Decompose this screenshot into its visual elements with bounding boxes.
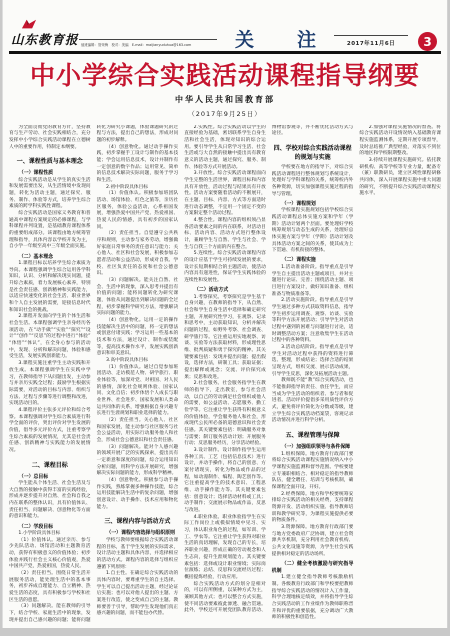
logo-bird-icon	[21, 19, 37, 30]
article-paragraph: 学校课程实施规划包括学校综合实践活动课程总体实施方案和学年（学期）活动计划两个层…	[272, 208, 354, 255]
article-paragraph: 3.课程实施注重学生主动实践和开放生成。本课程强调学生在实践中学习，在教师指导下…	[9, 361, 91, 408]
article-paragraph: （4）创意物化。运用一定的操作技能解决生活中的问题，将一定的想法或创意付诸实践；…	[97, 318, 179, 358]
masthead: 山东教育报 值班编辑：管荣梅 校对：美编 E-mail：maijianyuduh…	[3, 0, 447, 48]
article-dateline: （2017年9月25日）	[3, 109, 447, 118]
article-paragraph: （1）价值体认。通过自觉参加班团活动、走访模范人物、研学旅行、职业体验等，加深对…	[97, 365, 179, 418]
masthead-left-block: 值班编辑：管荣梅 校对：美编 E-mail：maijianyuduhua@163…	[73, 39, 223, 49]
article-paragraph: （4）创意物化。通过动手操作实践，初步掌握手工设计与制作的基本技能；学会运用信息…	[97, 145, 179, 185]
section-heading: 一、课程性质与基本理念	[9, 156, 91, 165]
article-paragraph: 3.高中阶段具体目标	[97, 358, 179, 365]
article-paragraph: （1）价值体认。通过亲历、参与少先队活动、场馆活动和主题教育活动，获得有积极意义…	[9, 538, 91, 571]
article-paragraph: 2.社会服务。社会服务指学生在教师的指导下，走出教室，参与社会活动，以自己的劳动…	[184, 381, 266, 448]
page-number: 3	[423, 35, 431, 49]
article-paragraph: 2.实践性。综合实践活动以学生的直接经验为基础，密切联系学生自身生活和社会生活，…	[184, 125, 266, 172]
article-paragraph: （4）创意物化。积极参与动手操作实践，熟练掌握多种操作技能，综合运用技能解决生活…	[97, 478, 179, 511]
article-paragraph: （3）问题解决。能关注自然、社会、生活中的现象，深入思考并提出有价值的问题；能将…	[97, 278, 179, 318]
section-heading: （一）加强组织领导与条件保障	[272, 443, 354, 450]
article-paragraph: （2）责任担当。围绕日常生活开展服务活动，能处理生活中的基本事务，初步养成自理能…	[9, 571, 91, 604]
section-heading: 五、课程管理与保障	[272, 430, 354, 439]
article-paragraph: 1.小学阶段具体目标	[9, 531, 91, 538]
article-paragraph: 学生能从个体生活、社会生活及与大自然的接触中获得丰富的实践经验，形成并逐步提升对…	[9, 481, 91, 521]
article-paragraph: 4.职业体验。职业体验指学生在实际工作岗位上或模拟情境中见习、实习，体认职业角色…	[184, 515, 266, 582]
section-heading: （一）课程内容选择与组织原则	[97, 529, 179, 536]
article-paragraph: 综合实践活动是国家义务教育和普通高中课程方案规定的必修课程，与学科课程并列设置，…	[9, 211, 91, 251]
article-paragraph: 为全面贯彻党的教育方针，坚持教育与生产劳动、社会实践相结合，充分发挥中小学综合实…	[9, 125, 91, 152]
newspaper-page: 山东教育报 值班编辑：管荣梅 校对：美编 E-mail：maijianyuduh…	[2, 0, 448, 628]
article-title: 中小学综合实践活动课程指导纲要	[3, 62, 447, 90]
section-heading: 四、学校对综合实践活动课程的规划与实施	[272, 143, 354, 161]
article-paragraph: 综合实践活动是从学生的真实生活和发展需要出发，从生活情境中发现问题，转化为活动主…	[9, 178, 91, 211]
section-heading: （一）总目标	[9, 473, 91, 480]
article-paragraph: 1.自主性。在确定综合实践活动的具体内容时，要尊重学生的自主选择。学生可以自己提…	[97, 571, 179, 618]
section-heading: （二）课程实施	[272, 256, 354, 263]
article-paragraph: 4.整合性。课程内容的组织须凸显各活动要素之间的内在联系，对活动目标、活动内容、…	[184, 218, 266, 251]
article-paragraph: （1）价值体认。积极参加班团队活动、场馆体验、红色之旅等，亲历社区服务，体验公益…	[97, 191, 179, 231]
article-paragraph: 3.持续开展课程实施研究。依托教研机构、高等学校等专业力量，配备专（兼）职教研员…	[359, 158, 441, 198]
masthead-right-block: 2017年11月6日	[328, 35, 414, 48]
article-paragraph: 1.组织保障。地方教育行政部门要将综合实践活动课程实施情况纳入中小学课程实施监测…	[272, 452, 354, 492]
article-paragraph: 2.经费保障。地方和学校要统筹安排综合实践活动的相关经费，支持课程资源开发、活动…	[272, 492, 354, 525]
article-paragraph: 1.考察探究。考察探究是学生基于自身兴趣，在教师的指导下，从自然、社会和学生自身…	[184, 295, 266, 382]
article-paragraph: 3.资源保障。地方教育行政部门要与地方党委政府广泛协调，建立社会资源共享机制，充…	[272, 525, 354, 558]
page-number-badge: 3	[418, 32, 437, 51]
section-heading: 三、课程内容与活动方式	[97, 516, 179, 525]
article-paragraph: 3.活动总结阶段。指导重点是引导学生对活动过程中获得的资料进行筛选、整理，形成结…	[272, 345, 354, 378]
section-heading: （二）学段目标	[9, 523, 91, 530]
article-paragraph: （3）问题解决。能对个人感兴趣的领域开展广泛的实践探索，提出具有一定新意和深度的…	[97, 445, 179, 478]
page-bottom-margin	[3, 622, 447, 628]
section-heading: （一）课程性质	[9, 169, 91, 176]
section-heading: （一）课程规划	[272, 200, 354, 207]
article-paragraph: 学校与教师要根据综合实践活动课程的目标，基于学生发展的实际需求，设计活动主题和具…	[97, 538, 179, 571]
logo-text: 山东教育报	[11, 32, 79, 47]
article-paragraph: 3.开放性。综合实践活动课程面向学生完整的生活世界，课程目标和内容具有开放性，活…	[184, 171, 266, 218]
article-paragraph: 1.活动准备阶段。指导重点是引导学生自主提出活动主题或项目，并对主题进行论证、完…	[272, 265, 354, 298]
section-title: 关 注	[223, 31, 328, 50]
article-paragraph: 5.连续性。综合实践活动课程内容的设计应基于学生可持续发展的要求，设计长短期相结…	[184, 251, 266, 284]
article-paragraph: （2）责任担当。关心他人、社区和国家发展，能主动参与社区服务与社会公益活动，用实…	[97, 418, 179, 445]
issue-date: 2017年11月6日	[334, 36, 408, 48]
section-heading: （二）活动方式	[184, 286, 266, 293]
contact-line: 值班编辑：管荣梅 校对：美编 E-mail：maijianyuduhua@163…	[79, 40, 217, 49]
article-title-block: 中小学综合实践活动课程指导纲要 中华人民共和国教育部 （2017年9月25日）	[3, 54, 447, 118]
article-paragraph: 4.课程评价主张多元评价和综合考察。本课程强调对学生综合素质进行科学全面的评价，…	[9, 408, 91, 455]
article-paragraph: 学校要在地方的指导下，对综合实践活动课程进行整体规划与系统设计，处理好与学科课程…	[272, 165, 354, 198]
article-paragraph: 2.加强对课程实施情况的督查。将综合实践活动开设情况纳入基础教育课程实施监测体系…	[359, 125, 441, 158]
masthead-logo: 山东教育报	[11, 29, 73, 48]
article-paragraph: 2.活动实施阶段。指导重点是引导学生通过多种方式获取资料信息，指导学生初步运用调…	[272, 298, 354, 345]
article-paragraph: 3.设计制作。设计制作指学生运用各种工具、工艺（包括信息技术）进行设计，并动手操…	[184, 448, 266, 515]
article-paragraph: （2）责任担当。自觉遵守公共秩序和规则，主动参与家务劳动，增强做好家庭日常事务的…	[97, 231, 179, 278]
section-heading: （二）基本理念	[9, 253, 91, 260]
article-body: 为全面贯彻党的教育方针，坚持教育与生产劳动、社会实践相结合，充分发挥中小学综合实…	[9, 125, 441, 627]
article-paragraph: 教师既不能“教”综合实践活动，也不能推卸指导的责任、放任学生，而应当成为学生活动…	[272, 378, 354, 425]
article-paragraph: 2.课程开发面向学生的个体生活和社会生活。本课程强调学生亲身经历各项活动，在“动…	[9, 314, 91, 361]
article-paragraph: 1.建立健全指导教师考核激励机制。各级教育行政部门和学校要把教师指导综合实践活动…	[272, 575, 354, 622]
section-heading: 二、课程目标	[9, 460, 91, 469]
section-heading: （二）健全考核激励与研究指导机制	[272, 560, 354, 574]
article-paragraph: 1.课程目标以培养学生综合素质为导向。本课程强调学生综合运用各学科知识，认识、分…	[9, 261, 91, 314]
article-byline: 中华人民共和国教育部	[3, 94, 447, 105]
